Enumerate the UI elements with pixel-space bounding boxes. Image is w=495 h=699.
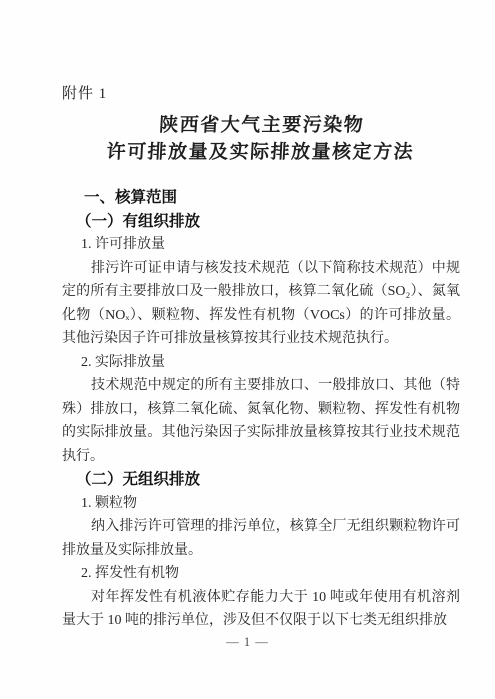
document-title-line-2: 许可排放量及实际排放量核定方法 <box>61 139 460 166</box>
section-heading-accounting-scope: 一、核算范围 <box>62 186 460 210</box>
document-title: 陕西省大气主要污染物 许可排放量及实际排放量核定方法 <box>61 112 462 166</box>
paragraph-vocs: 对年挥发性有机液体贮存能力大于 10 吨或年使用有机溶剂量大于 10 吨的排污单… <box>62 586 460 633</box>
attachment-label: 附件 1 <box>62 86 460 102</box>
paragraph-actual-emission: 技术规范中规定的所有主要排放口、一般排放口、其他（特殊）排放口，核算二氧化硫、氮… <box>62 374 460 468</box>
document-title-line-1: 陕西省大气主要污染物 <box>62 112 461 139</box>
numbered-item-permitted-emission: 1. 许可排放量 <box>62 233 460 257</box>
sub-heading-organized-emission: （一）有组织排放 <box>62 210 460 234</box>
sub-heading-unorganized-emission: （二）无组织排放 <box>62 468 460 492</box>
numbered-item-actual-emission: 2. 实际排放量 <box>62 351 460 375</box>
document-page: 附件 1 陕西省大气主要污染物 许可排放量及实际排放量核定方法 一、核算范围 （… <box>0 0 495 699</box>
page-number: — 1 — <box>0 635 495 650</box>
numbered-item-particulate-matter: 1. 颗粒物 <box>62 492 460 516</box>
numbered-item-vocs: 2. 挥发性有机物 <box>62 562 460 586</box>
document-body: 一、核算范围 （一）有组织排放 1. 许可排放量 排污许可证申请与核发技术规范（… <box>62 186 460 633</box>
paragraph-particulate-matter: 纳入排污许可管理的排污单位，核算全厂无组织颗粒物许可排放量及实际排放量。 <box>62 515 460 562</box>
paragraph-permitted-emission: 排污许可证申请与核发技术规范（以下简称技术规范）中规定的所有主要排放口及一般排放… <box>62 257 460 351</box>
